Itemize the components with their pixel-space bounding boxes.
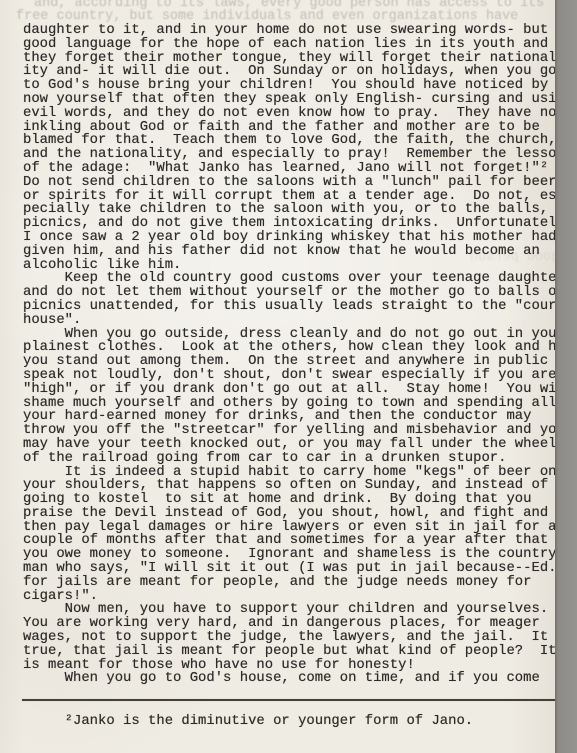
scanner-edge-strip (555, 0, 577, 753)
page-body-text: daughter to it, and in your home do not … (23, 24, 573, 686)
scanned-document-page: and, according to its laws, every good p… (0, 0, 577, 753)
text-line: When you go to God's house, come on time… (23, 672, 573, 686)
footnote-separator-rule (22, 699, 555, 701)
text-line: picnics unattended, for this usually lea… (23, 300, 573, 314)
footnote-text: ²Janko is the diminutive or younger form… (23, 714, 473, 728)
text-line: for jails are meant for people, and the … (23, 576, 573, 590)
